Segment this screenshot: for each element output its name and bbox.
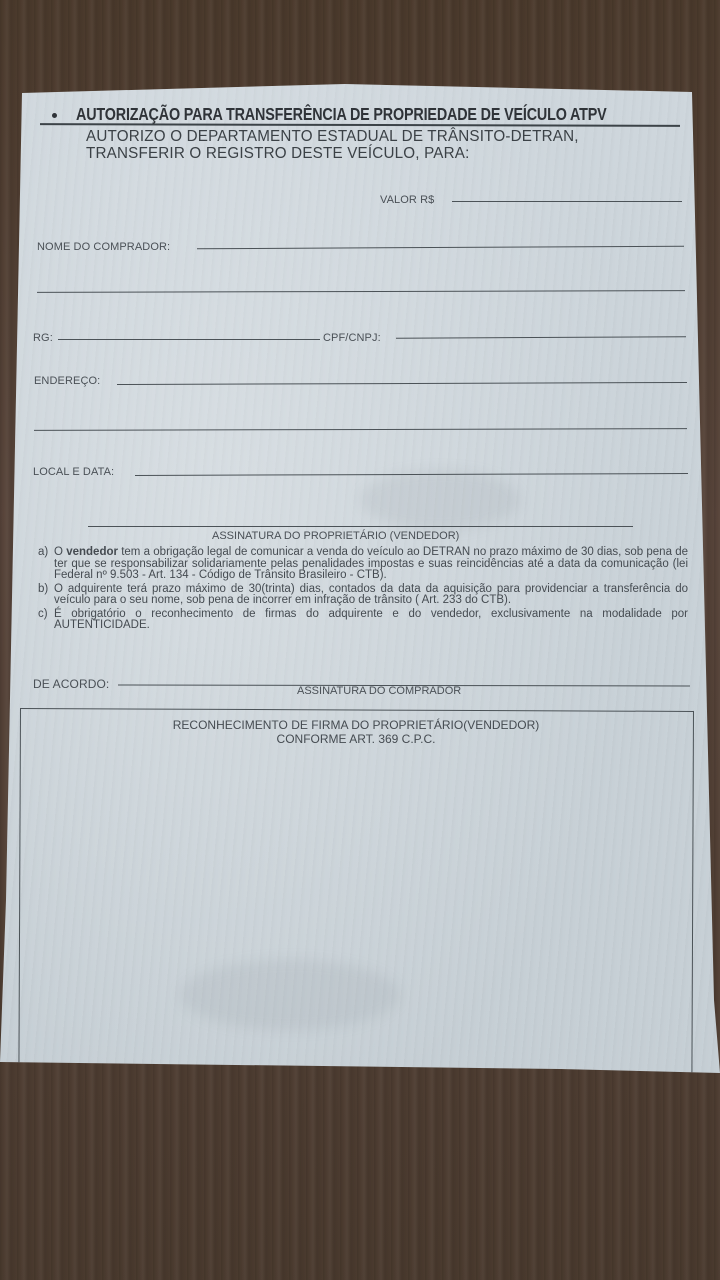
cpf-cnpj-field[interactable] bbox=[396, 336, 686, 339]
buyer-name-field-continuation[interactable] bbox=[37, 290, 685, 293]
buyer-name-field[interactable] bbox=[197, 246, 684, 250]
clause-text: O vendedor tem a obrigação legal de comu… bbox=[54, 547, 688, 582]
notary-box-title: RECONHECIMENTO DE FIRMA DO PROPRIETÁRIO(… bbox=[0, 718, 712, 746]
seller-signature-label: ASSINATURA DO PROPRIETÁRIO (VENDEDOR) bbox=[212, 530, 459, 542]
clause-text: O adquirente terá prazo máximo de 30(tri… bbox=[54, 584, 688, 607]
form-title: AUTORIZAÇÃO PARA TRANSFERÊNCIA DE PROPRI… bbox=[76, 104, 607, 125]
authorization-line-2: TRANSFERIR O REGISTRO DESTE VEÍCULO, PAR… bbox=[86, 145, 579, 162]
address-field-continuation[interactable] bbox=[34, 428, 687, 431]
clause-marker: c) bbox=[38, 609, 54, 632]
title-underline bbox=[40, 123, 680, 127]
seller-signature-line[interactable] bbox=[88, 526, 633, 527]
valor-field[interactable] bbox=[452, 201, 682, 202]
valor-label: VALOR R$ bbox=[380, 194, 434, 206]
clause-b: b) O adquirente terá prazo máximo de 30(… bbox=[38, 584, 688, 607]
address-field[interactable] bbox=[117, 382, 687, 385]
notary-title-line-2: CONFORME ART. 369 C.P.C. bbox=[0, 732, 712, 746]
clause-a: a) O vendedor tem a obrigação legal de c… bbox=[38, 547, 688, 582]
authorization-line-1: AUTORIZO O DEPARTAMENTO ESTADUAL DE TRÂN… bbox=[86, 128, 579, 145]
rg-label: RG: bbox=[33, 332, 53, 344]
cpf-cnpj-label: CPF/CNPJ: bbox=[323, 332, 381, 344]
buyer-name-label: NOME DO COMPRADOR: bbox=[37, 241, 170, 253]
clause-marker: b) bbox=[38, 584, 54, 607]
rg-field[interactable] bbox=[58, 339, 320, 340]
notary-title-line-1: RECONHECIMENTO DE FIRMA DO PROPRIETÁRIO(… bbox=[0, 718, 712, 732]
paper-stain bbox=[360, 470, 520, 530]
notary-recognition-box bbox=[18, 708, 694, 1082]
clause-text: É obrigatório o reconhecimento de firmas… bbox=[54, 609, 688, 632]
atpv-form-paper: AUTORIZAÇÃO PARA TRANSFERÊNCIA DE PROPRI… bbox=[0, 0, 720, 1280]
bullet-dot bbox=[52, 113, 57, 118]
address-label: ENDEREÇO: bbox=[34, 375, 100, 387]
clause-marker: a) bbox=[38, 547, 54, 582]
buyer-signature-label: ASSINATURA DO COMPRADOR bbox=[297, 685, 461, 697]
legal-clauses: a) O vendedor tem a obrigação legal de c… bbox=[38, 547, 688, 634]
agreement-label: DE ACORDO: bbox=[33, 677, 109, 691]
place-date-label: LOCAL E DATA: bbox=[33, 466, 114, 478]
authorization-statement: AUTORIZO O DEPARTAMENTO ESTADUAL DE TRÂN… bbox=[86, 128, 579, 162]
clause-c: c) É obrigatório o reconhecimento de fir… bbox=[38, 609, 688, 632]
